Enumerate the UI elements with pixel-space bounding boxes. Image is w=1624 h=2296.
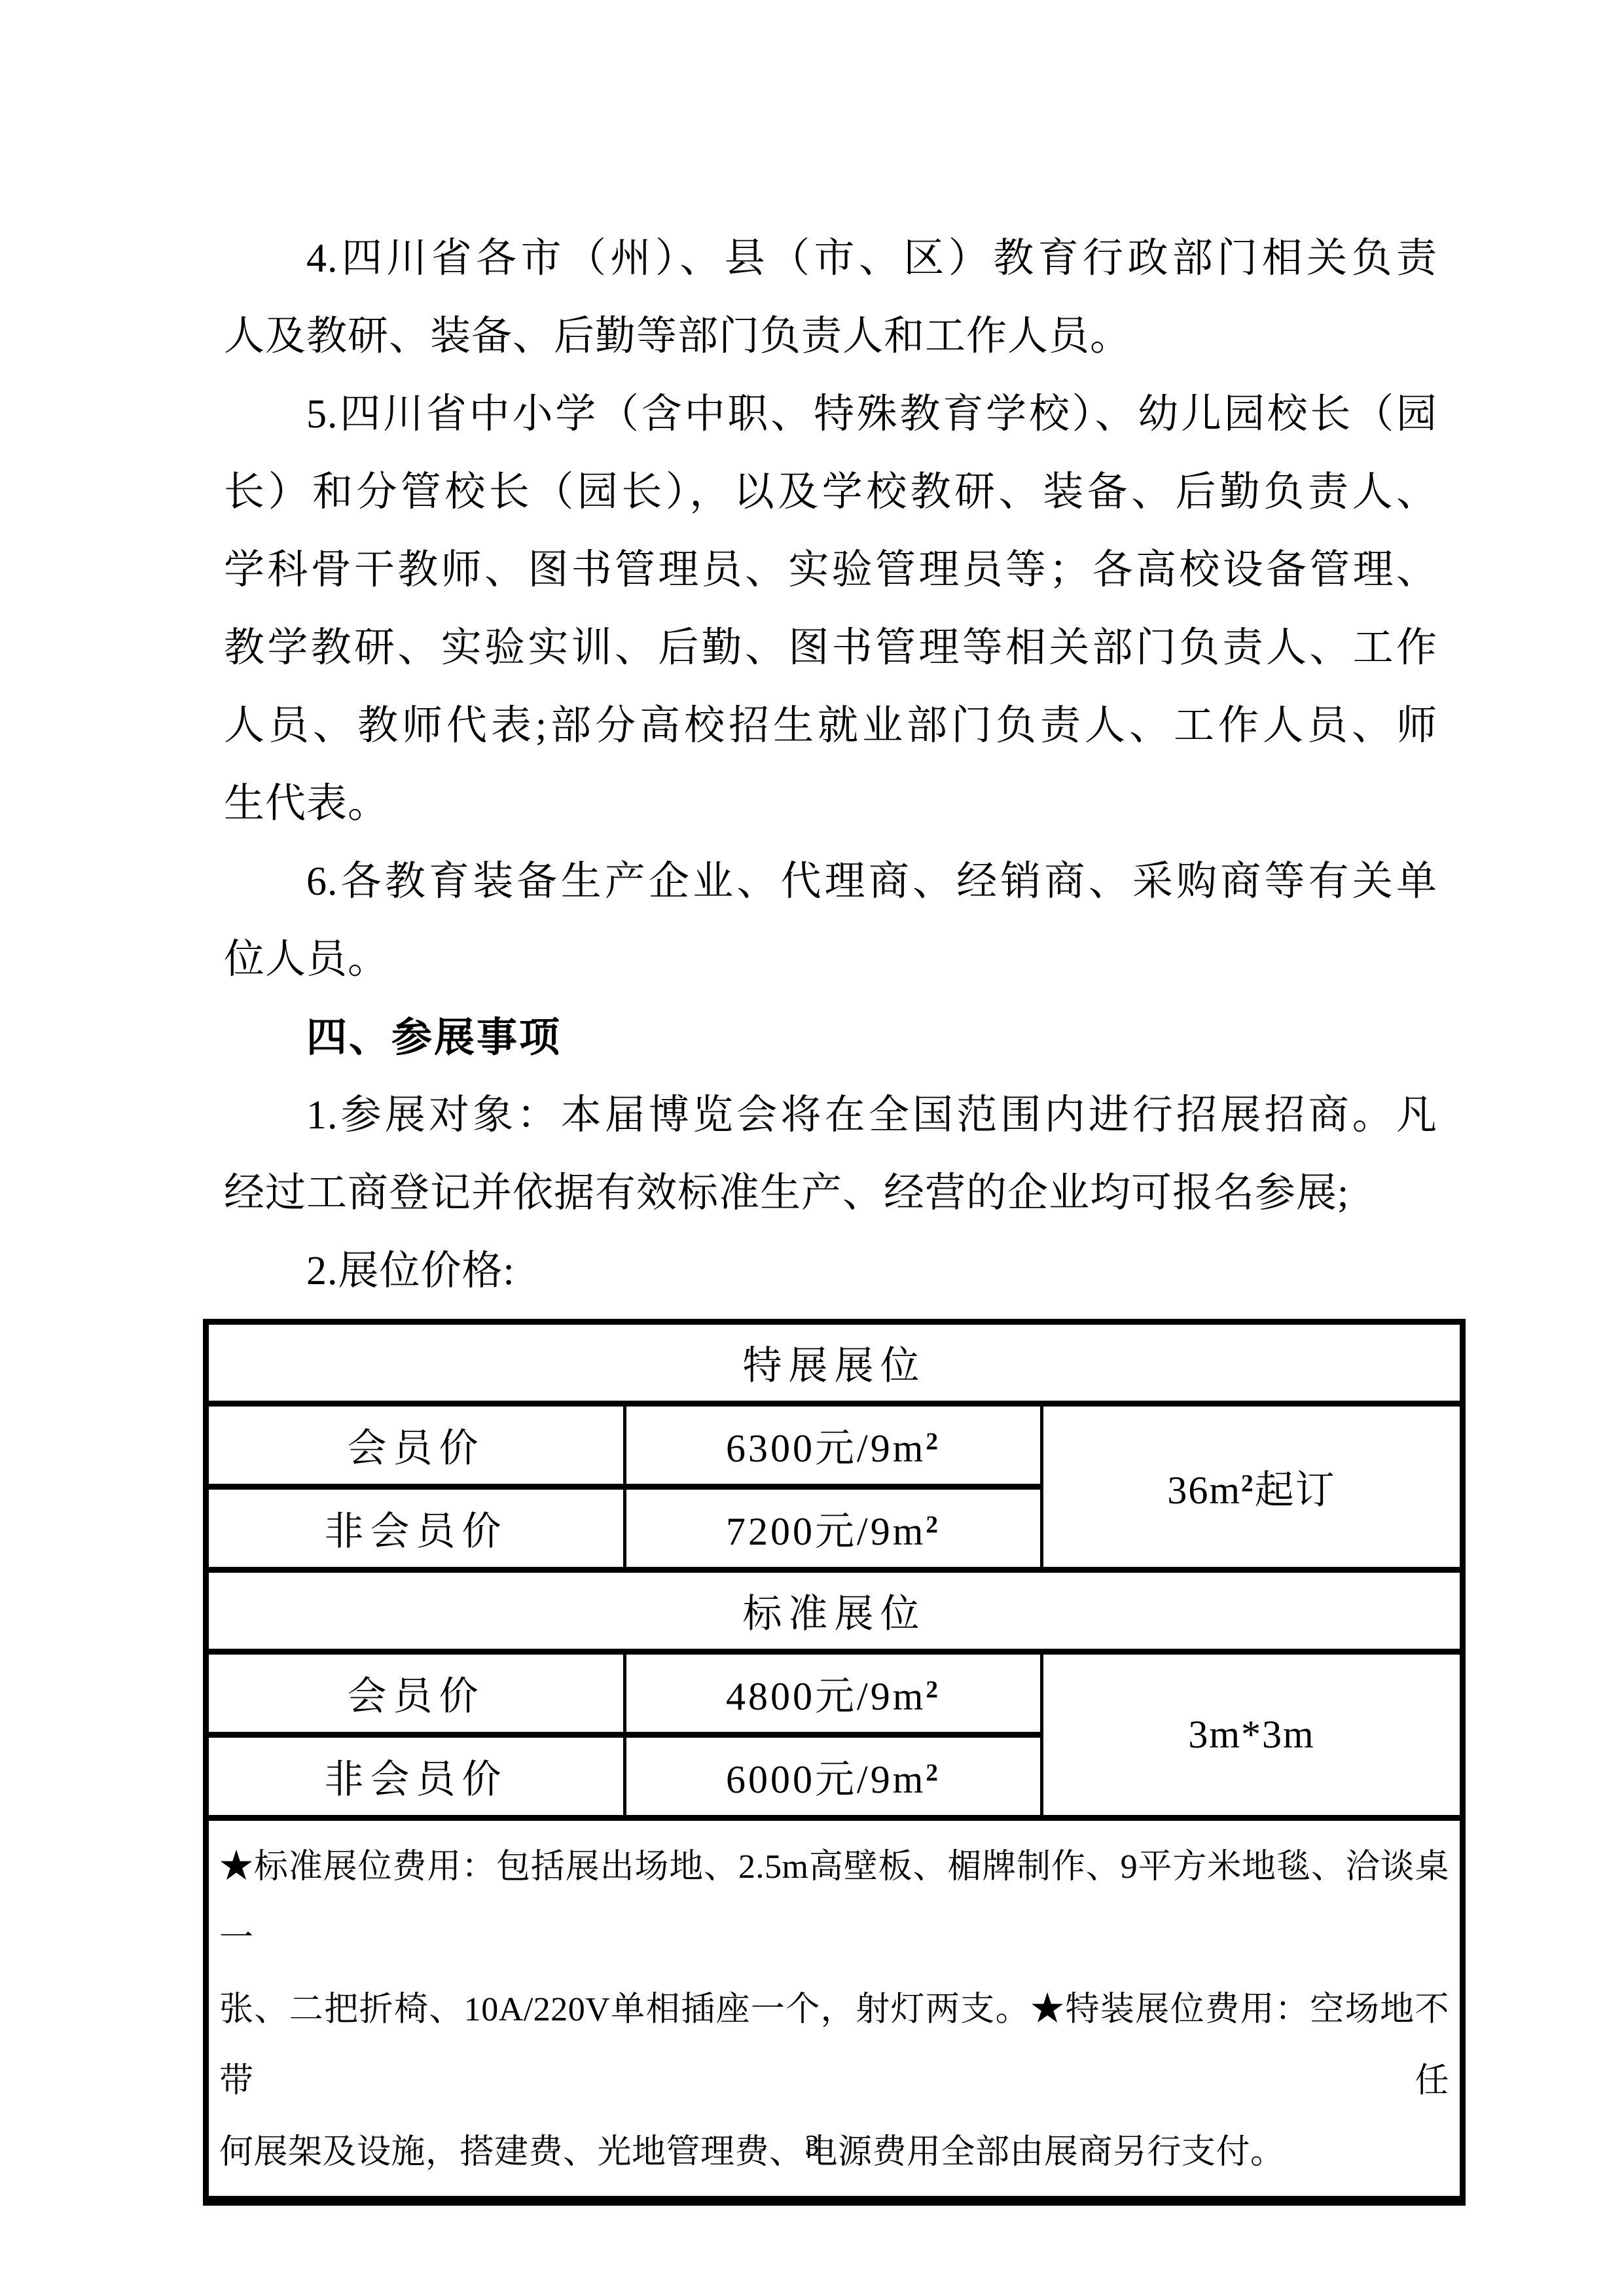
body-line: 人员、教师代表;部分高校招生就业部门负责人、工作人员、师: [224, 687, 1437, 765]
member-price-label: 会员价: [206, 1652, 625, 1735]
table-row: 会员价 4800元/9m2 3m*3m: [206, 1652, 1463, 1735]
body-line: 人及教研、装备、后勤等部门负责人和工作人员。: [224, 298, 1437, 376]
body-line: 学科骨干教师、图书管理员、实验管理员等；各高校设备管理、: [224, 531, 1437, 609]
body-line: 经过工商登记并依据有效标准生产、经营的企业均可报名参展;: [224, 1155, 1437, 1232]
document-page: 4.四川省各市（州）、县（市、区）教育行政部门相关负责 人及教研、装备、后勤等部…: [0, 0, 1624, 2296]
page-number: 3: [0, 2128, 1624, 2162]
nonmember-price-value: 6000元/9m2: [625, 1735, 1042, 1818]
table-row: 会员价 6300元/9m2 36m2起订: [206, 1404, 1463, 1487]
body-line: 生代表。: [224, 765, 1437, 843]
body-line: 5.四川省中小学（含中职、特殊教育学校）、幼儿园校长（园: [224, 376, 1437, 454]
table-row: 特展展位: [206, 1322, 1463, 1404]
booth-fee-note-line: 张、二把折椅、10A/220V单相插座一个，射灯两支。★特装展位费用：空场地不带…: [219, 1974, 1449, 2117]
standard-booth-note: 3m*3m: [1042, 1652, 1463, 1818]
body-line: 位人员。: [224, 921, 1437, 999]
body-line: 4.四川省各市（州）、县（市、区）教育行政部门相关负责: [224, 220, 1437, 298]
booth-fee-note-line: ★标准展位费用：包括展出场地、2.5m高壁板、楣牌制作、9平方米地毯、洽谈桌一: [219, 1831, 1449, 1974]
body-line: 教学教研、实验实训、后勤、图书管理等相关部门负责人、工作: [224, 609, 1437, 687]
body-line: 1.参展对象：本届博览会将在全国范围内进行招展招商。凡: [224, 1077, 1437, 1155]
nonmember-price-value: 7200元/9m2: [625, 1487, 1042, 1570]
table-row: 标准展位: [206, 1570, 1463, 1652]
member-price-value: 6300元/9m2: [625, 1404, 1042, 1487]
special-booth-note: 36m2起订: [1042, 1404, 1463, 1570]
booth-price-table: 特展展位 会员价 6300元/9m2 36m2起订 非会员价 7200元/9m2…: [203, 1319, 1466, 2206]
body-line: 2.展位价格:: [224, 1232, 1437, 1310]
nonmember-price-label: 非会员价: [206, 1735, 625, 1818]
member-price-label: 会员价: [206, 1404, 625, 1487]
body-text: 4.四川省各市（州）、县（市、区）教育行政部门相关负责 人及教研、装备、后勤等部…: [224, 220, 1437, 1310]
body-line: 长）和分管校长（园长），以及学校教研、装备、后勤负责人、: [224, 454, 1437, 531]
body-line: 6.各教育装备生产企业、代理商、经销商、采购商等有关单: [224, 843, 1437, 921]
section-heading: 四、参展事项: [224, 999, 1437, 1077]
special-booth-header: 特展展位: [206, 1322, 1463, 1404]
standard-booth-header: 标准展位: [206, 1570, 1463, 1652]
member-price-value: 4800元/9m2: [625, 1652, 1042, 1735]
nonmember-price-label: 非会员价: [206, 1487, 625, 1570]
